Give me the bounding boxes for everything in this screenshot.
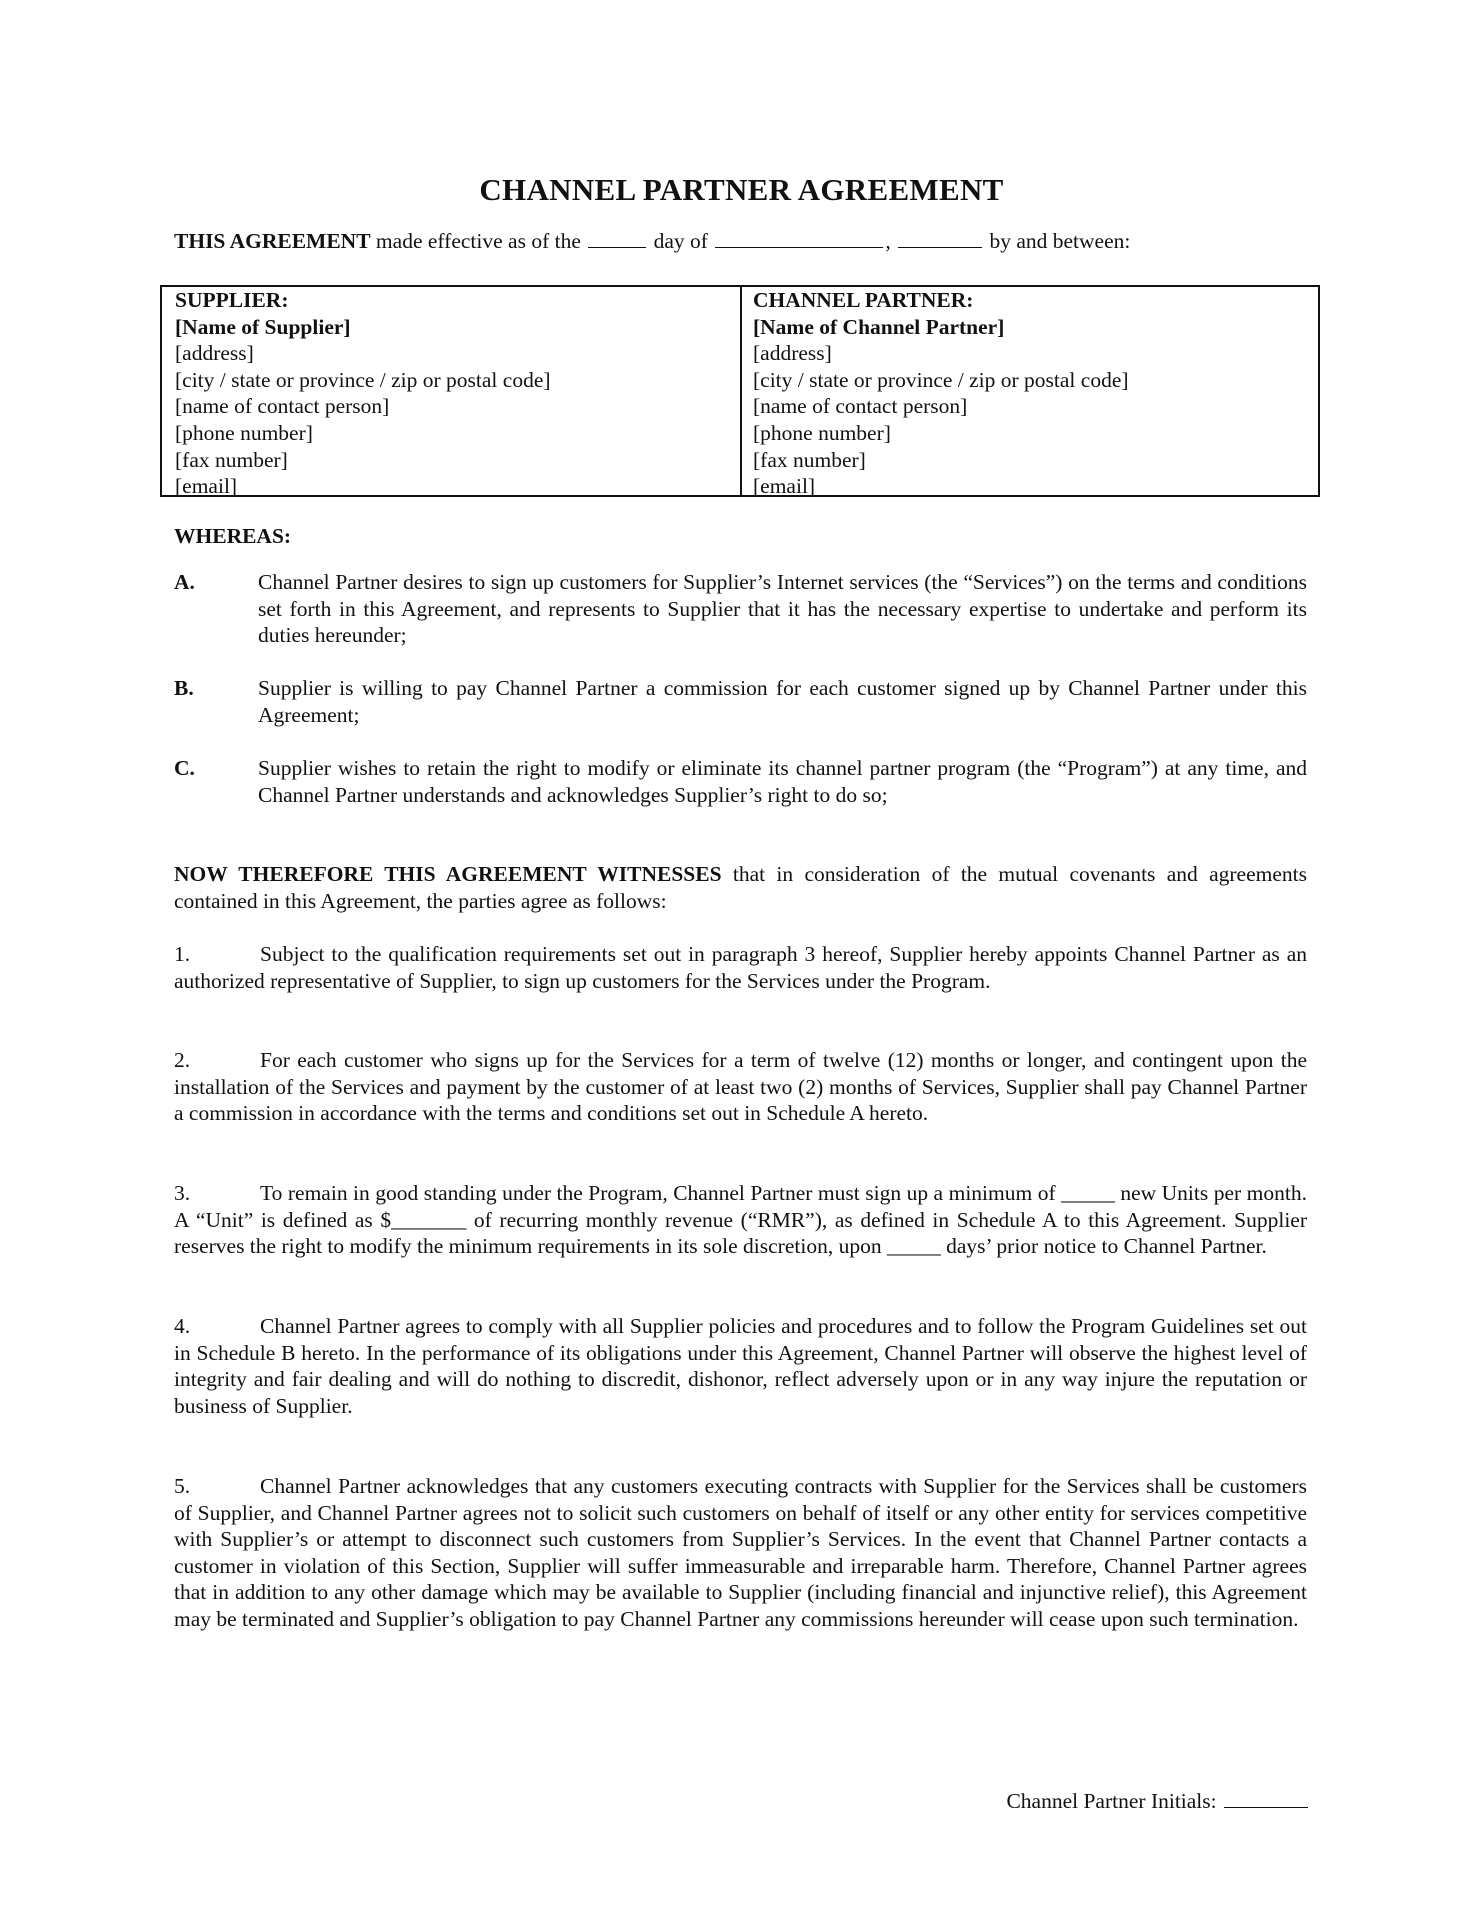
clause-number: 5.: [174, 1473, 260, 1500]
clause-4: 4.Channel Partner agrees to comply with …: [174, 1313, 1307, 1419]
channel-partner-address: [address]: [753, 340, 1318, 367]
intro-text: day of: [648, 229, 713, 253]
month-blank: [715, 246, 883, 248]
clause-number: 3.: [174, 1180, 260, 1207]
clause-text: Subject to the qualification requirement…: [174, 942, 1307, 993]
initials-label: Channel Partner Initials:: [1006, 1789, 1222, 1813]
clause-number: 2.: [174, 1047, 260, 1074]
clause-3: 3.To remain in good standing under the P…: [174, 1180, 1307, 1260]
recital-text: Channel Partner desires to sign up custo…: [258, 569, 1307, 649]
clause-5: 5.Channel Partner acknowledges that any …: [174, 1473, 1307, 1633]
document-page: CHANNEL PARTNER AGREEMENT THIS AGREEMENT…: [0, 0, 1483, 1920]
recital-a: A. Channel Partner desires to sign up cu…: [174, 569, 1307, 649]
channel-partner-contact: [name of contact person]: [753, 393, 1318, 420]
agreement-intro: THIS AGREEMENT made effective as of the …: [174, 228, 1307, 255]
clause-number: 1.: [174, 941, 260, 968]
intro-text: made effective as of the: [371, 229, 587, 253]
supplier-heading: SUPPLIER:: [175, 287, 740, 314]
recital-text: Supplier wishes to retain the right to m…: [258, 755, 1307, 808]
clause-1: 1.Subject to the qualification requireme…: [174, 941, 1307, 994]
intro-lead: THIS AGREEMENT: [174, 229, 371, 253]
clause-2: 2.For each customer who signs up for the…: [174, 1047, 1307, 1127]
channel-partner-name: [Name of Channel Partner]: [753, 314, 1318, 341]
supplier-city: [city / state or province / zip or posta…: [175, 367, 740, 394]
clause-text: To remain in good standing under the Pro…: [174, 1181, 1307, 1258]
parties-table: SUPPLIER: [Name of Supplier] [address] […: [160, 285, 1320, 497]
channel-partner-fax: [fax number]: [753, 447, 1318, 474]
channel-partner-phone: [phone number]: [753, 420, 1318, 447]
intro-text: ,: [885, 229, 896, 253]
recital-c: C. Supplier wishes to retain the right t…: [174, 755, 1307, 808]
recital-label: A.: [174, 569, 258, 649]
document-title: CHANNEL PARTNER AGREEMENT: [0, 172, 1483, 208]
supplier-fax: [fax number]: [175, 447, 740, 474]
clause-text: Channel Partner agrees to comply with al…: [174, 1314, 1307, 1418]
intro-text: by and between:: [984, 229, 1130, 253]
clause-number: 4.: [174, 1313, 260, 1340]
initials-footer: Channel Partner Initials:: [1006, 1789, 1310, 1814]
supplier-email: [email]: [175, 473, 740, 500]
now-therefore-paragraph: NOW THEREFORE THIS AGREEMENT WITNESSES t…: [174, 861, 1307, 914]
clause-text: For each customer who signs up for the S…: [174, 1048, 1307, 1125]
supplier-phone: [phone number]: [175, 420, 740, 447]
recital-text: Supplier is willing to pay Channel Partn…: [258, 675, 1307, 728]
day-blank: [588, 246, 646, 248]
year-blank: [898, 246, 982, 248]
channel-partner-cell: CHANNEL PARTNER: [Name of Channel Partne…: [742, 287, 1318, 495]
channel-partner-email: [email]: [753, 473, 1318, 500]
now-therefore-lead: NOW THEREFORE THIS AGREEMENT WITNESSES: [174, 862, 722, 886]
initials-blank[interactable]: [1224, 1806, 1308, 1808]
supplier-address: [address]: [175, 340, 740, 367]
channel-partner-city: [city / state or province / zip or posta…: [753, 367, 1318, 394]
supplier-cell: SUPPLIER: [Name of Supplier] [address] […: [162, 287, 742, 495]
recital-b: B. Supplier is willing to pay Channel Pa…: [174, 675, 1307, 728]
whereas-heading: WHEREAS:: [174, 523, 1307, 550]
supplier-contact: [name of contact person]: [175, 393, 740, 420]
channel-partner-heading: CHANNEL PARTNER:: [753, 287, 1318, 314]
clause-text: Channel Partner acknowledges that any cu…: [174, 1474, 1307, 1631]
recital-label: C.: [174, 755, 258, 808]
recital-label: B.: [174, 675, 258, 728]
supplier-name: [Name of Supplier]: [175, 314, 740, 341]
